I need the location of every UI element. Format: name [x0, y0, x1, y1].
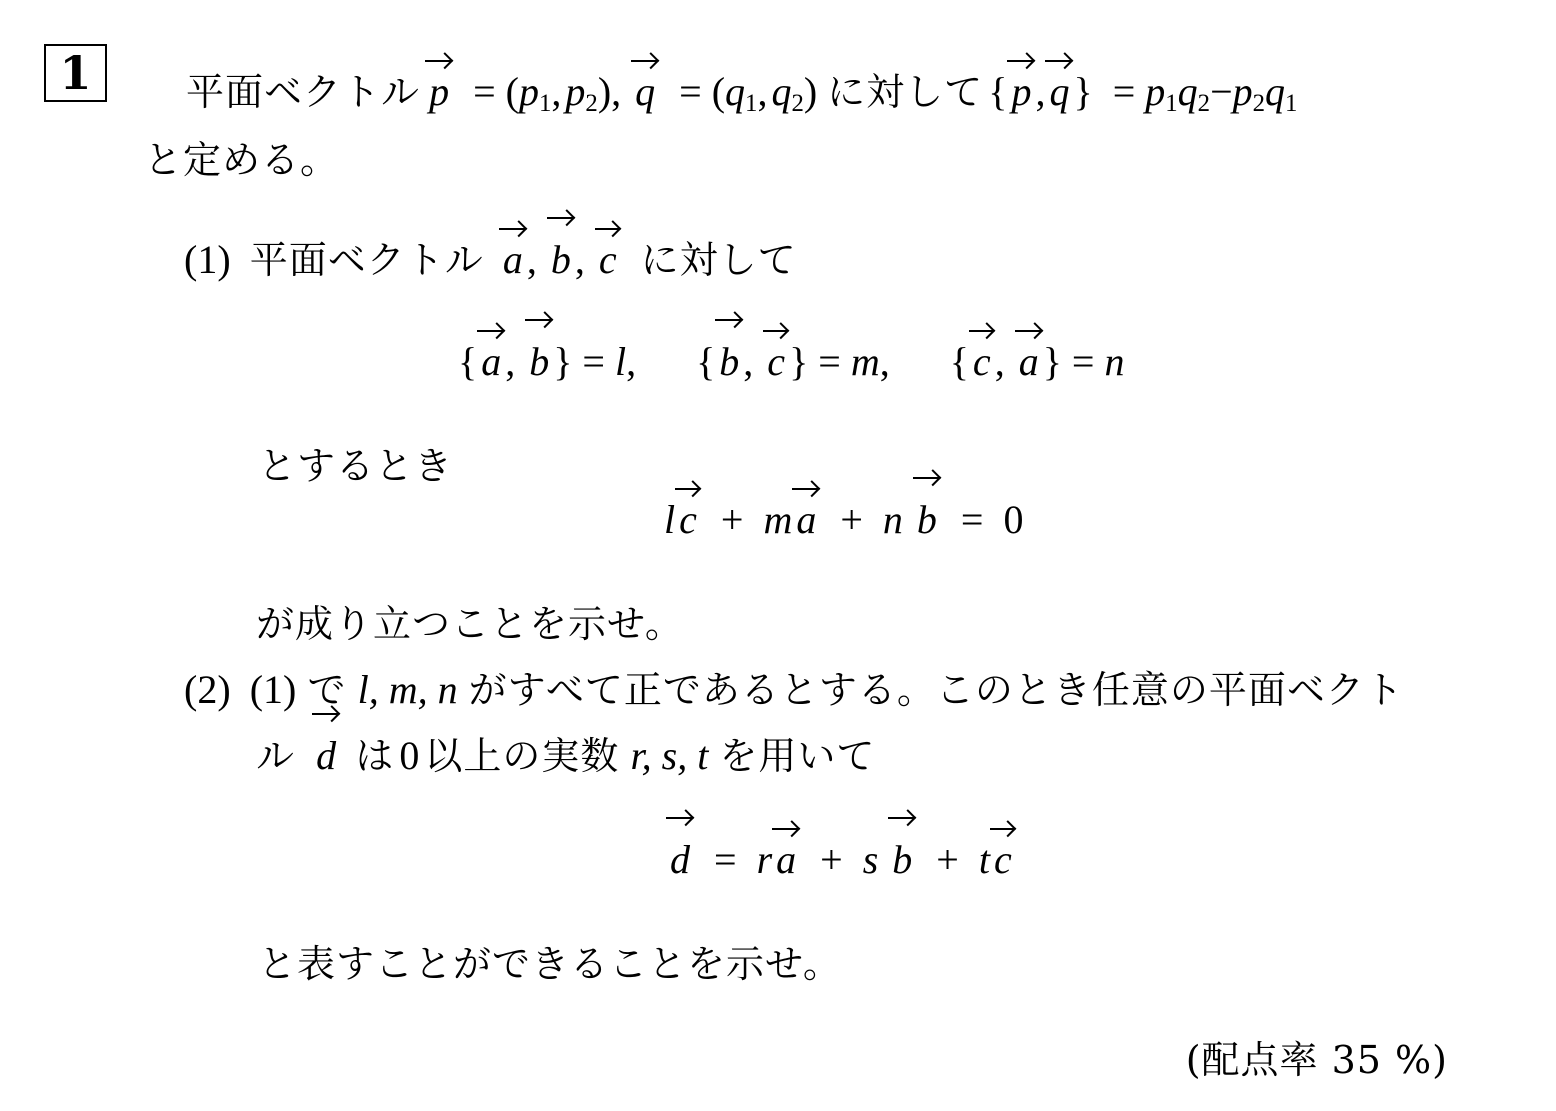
part1-label: (1) — [184, 237, 231, 282]
vector-d: d — [312, 726, 340, 786]
part2-line-1: (2) (1) で l, m, n がすべて正であるとする。このとき任意の平面ベ… — [184, 660, 1404, 728]
part2-vars: l, m, n — [358, 667, 458, 712]
bracket-definition: {p,q} =p1q2−p2q1 — [988, 69, 1297, 114]
definition-formula: p =(p1,p2), q =(q1,q2) — [425, 69, 827, 114]
vector-b: b — [547, 230, 575, 290]
part1-lead-suffix: に対して — [641, 238, 797, 282]
intro-taishite: に対して — [827, 70, 983, 114]
part1-equations: {a, b}=l, {b, c}=m, {c, a}=n — [458, 332, 1124, 392]
part2-label: (2) — [184, 667, 231, 712]
intro-lead-text: 平面ベクトル — [186, 70, 420, 114]
part1-identity: lc + ma + n b = 0 — [664, 490, 1023, 550]
part2-line-2: ル d は 0 以上の実数 r, s, t を用いて — [256, 726, 875, 794]
part2-real-vars: r, s, t — [631, 733, 709, 778]
vector-a: a — [499, 230, 527, 290]
part2-ref: (1) — [250, 667, 297, 712]
part2-conclusion: と表すことができることを示せ。 — [258, 934, 842, 994]
intro-line-1: 平面ベクトル p =(p1,p2), q =(q1,q2) に対して {p,q}… — [186, 62, 1297, 134]
equation-ca: {c, a}=n — [950, 339, 1125, 384]
part1-lead-text: 平面ベクトル — [250, 238, 484, 282]
part1-vectors: a, b, c — [499, 237, 631, 282]
part2-expression: d = ra + s b + tc — [666, 830, 1016, 890]
intro-line-2: と定める。 — [144, 130, 339, 190]
vector-q: q — [631, 62, 659, 122]
equation-bc: {b, c}=m, — [696, 339, 900, 384]
vector-c: c — [595, 230, 621, 290]
equation-ab: {a, b}=l, — [458, 339, 646, 384]
part1-lead-line: (1) 平面ベクトル a, b, c に対して — [184, 230, 797, 298]
vector-p: p — [425, 62, 453, 122]
part1-condition-text: とするとき — [258, 436, 453, 496]
score-note: (配点率 35 %) — [1186, 1030, 1448, 1090]
part1-conclusion: が成り立つことを示せ。 — [256, 594, 684, 654]
part2-line1-text: がすべて正であるとする。このとき任意の平面ベクト — [469, 668, 1404, 712]
problem-number: 1 — [59, 50, 91, 96]
problem-number-box: 1 — [44, 44, 107, 102]
